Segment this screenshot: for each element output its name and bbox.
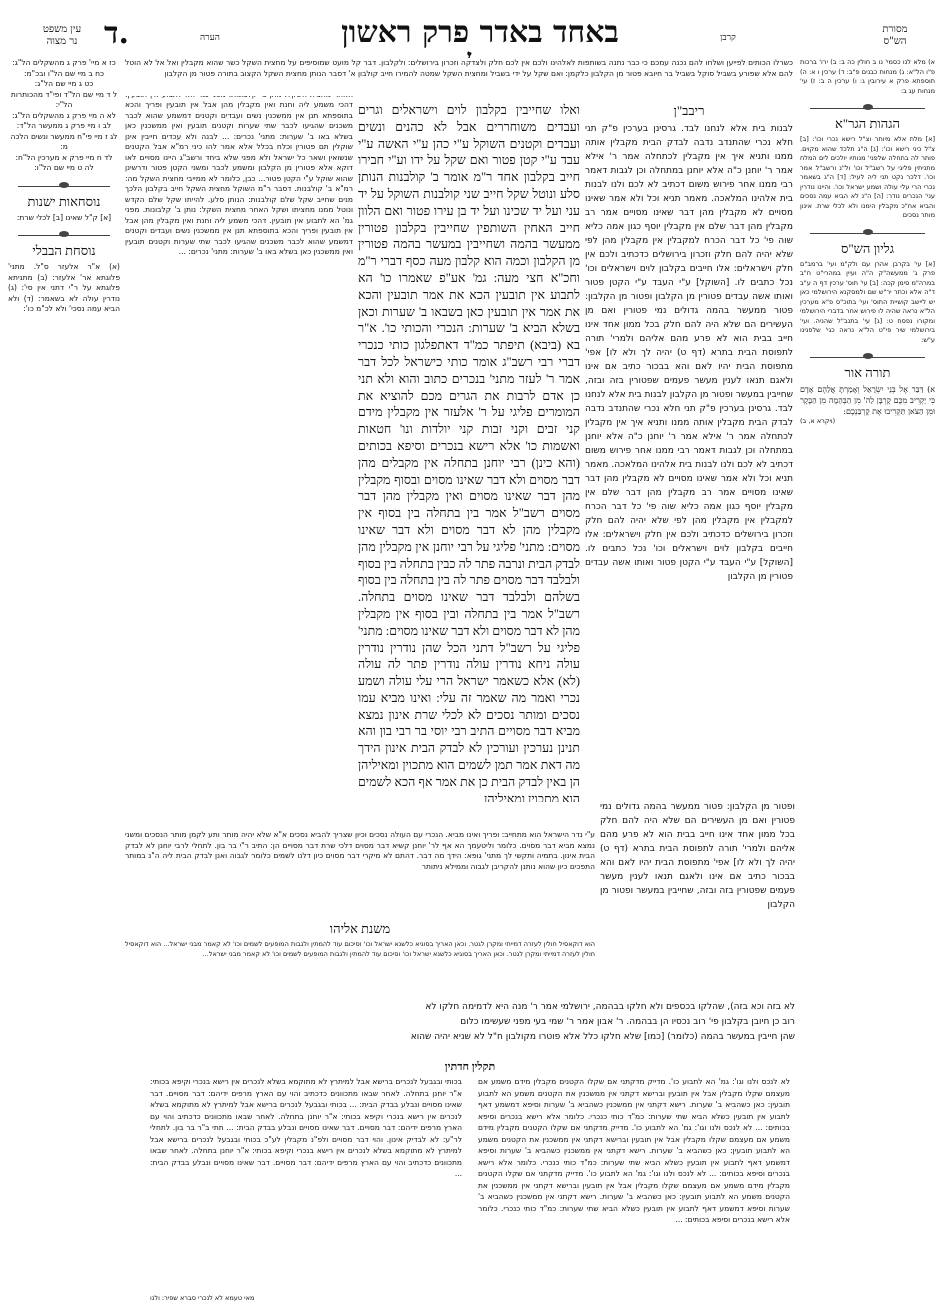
catchword: מאי טעמא לא לנכרי סברא שפיר: ולנו [150, 1294, 254, 1304]
ornament-divider [810, 100, 925, 109]
ein-mishpat-entry: לד ח מיי פרק א מערכין הל"ח: [8, 153, 120, 164]
korban-label: קרבן [720, 32, 736, 43]
nuschaot-title: נוסחאות ישנות [8, 193, 120, 211]
bottom-band: לא בזה וכא בזה), שהלקו בכספים ולא חלקו ב… [125, 1000, 795, 1050]
ornament-divider [810, 349, 925, 358]
ribavan-body-more: לבנות בית אלא לנחנו לבד. גרסינן בערכין פ… [585, 390, 793, 582]
penei-moshe-column-1: כבן, כלומר לא ממייבי מחצית השקל מה: רמ"א… [125, 58, 353, 828]
korban-lower-text: ופטור מן הקלבון: פטור ממעשר בהמה גדולים … [600, 802, 795, 910]
mishnat-eliyahu-title: משנת אליהו [260, 920, 460, 938]
ein-mishpat-column: כז א מיי' פרק ג מהשקלים הל"ג: כח ב מיי ש… [8, 58, 120, 378]
penei-moshe-column-2: ע"י נדר הישראל הוא מתחייב: ופריך ואינו מ… [125, 830, 595, 918]
main-gemara-text: ואלו שחייבין בקלבון לוים וישראלים וגרים … [358, 102, 580, 802]
bottom-line: שהן חייבין במעשר בהמה (כלומר) [כמו] שלא … [125, 1030, 795, 1045]
ein-mishpat-entry: ל ד מיי שם הל"ד ופי"ד מהכותרות הל"י: [8, 90, 120, 111]
korban-haeda-text: כשרלו הכותים לפייען ושלחו להם נכנה עמכם … [125, 58, 793, 78]
ornament-divider [18, 227, 110, 236]
nuschaot-text: [א] ק"ל שאינו [ב] לכלי שרת: [8, 213, 120, 224]
ornament-divider [810, 225, 925, 234]
ein-mishpat-entry: כט ג מיי שם הל"ג: [8, 79, 120, 90]
tikkun-column-right: לא לנכס ולנו וגו': גמ' הא לתבוע כו'. מדי… [478, 1076, 790, 1296]
gemara-body: ואלו שחייבין בקלבון לוים וישראלים וגרים … [358, 103, 580, 802]
torah-or-title: תורה אור [800, 364, 935, 382]
torah-or-text: א) דַּבֵּר אֶל בְּנֵי יִשְׂרָאֵל וְאָמַר… [800, 384, 935, 417]
ein-mishpat-entry: לה ט מיי שם הל"ו: [8, 163, 120, 174]
ribavan-continuation: ופטור מן הקלבון: פטור ממעשר בהמה גדולים … [585, 292, 793, 400]
gra-text: [א] מלת אלא מיותר וצ"ל רישא נכרי וכו': [… [800, 135, 935, 221]
ein-mishpat-entry: לג ז מיי פי"ח ממעשר ונשים הלכה מ: [8, 132, 120, 153]
bottom-line: לא בזה וכא בזה), שהלקו בכספים ולא חלקו ב… [125, 1000, 795, 1015]
ribavan-column: ריבב"ן לבנות בית אלא לנחנו לבד. גרסינן ב… [585, 100, 793, 840]
torah-or-ref: (ויקרא א, ב) [800, 417, 935, 427]
bavli-text: (א) א"ר אלעזר ס"ל. מתני' פלוגתא אר' אלעז… [8, 262, 120, 315]
ein-mishpat-entry: כז א מיי' פרק ג מהשקלים הל"ג: [8, 58, 120, 69]
penei-moshe-text: ע"י נדר הישראל הוא מתחייב: ופריך ואינו מ… [125, 830, 595, 871]
right-margin-column: א) מלא לנו כסמי' נו ב חולין כה ב: ב) ירו… [800, 58, 935, 838]
page-header: עין משפט נר מצוה ד. הערה באחד באדר פרק ר… [0, 14, 941, 54]
bottom-line: רוב כן חיובן בקלבון פי' רוב נכסיו הן בבה… [125, 1015, 795, 1030]
mesoret-entries: א) מלא לנו כסמי' נו ב חולין כה ב: ב) ירו… [800, 58, 935, 96]
ribavan-title: ריבב"ן [585, 102, 793, 120]
ein-mishpat-entry: לב ו מיי פרק ג ממעשר הל"ד: [8, 121, 120, 132]
tikkun-title: תקלין חדתין [400, 1058, 540, 1076]
mesoret-hashas-heading: מסורת הש"ס [860, 24, 930, 48]
gilyon-text: [א] עי' בקרבן אהרן עם ולק"מ ועי' ברמב"ם … [800, 260, 935, 346]
mishnat-eliyahu-text: הוא דוקאסיל חולין לעזרה דמייתי ומקרן לגט… [125, 940, 595, 1000]
mishnat-eliyahu-body: הוא דוקאסיל חולין לעזרה דמייתי ומקרן לגט… [163, 940, 595, 948]
penei-moshe-text: כבן, כלומר לא ממייבי מחצית השקל מה: רמ"א… [125, 174, 353, 257]
ein-mishpat-entry: כח ב מיי שם הל"ו ובכ"מ: [8, 69, 120, 80]
ribavan-body: לבנות בית אלא לנחנו לבד. גרסינן בערכין פ… [585, 124, 793, 302]
korban-lower-column: ופטור מן הקלבון: פטור ממעשר בהמה גדולים … [600, 800, 795, 1000]
korban-haeda-top: כשרלו הכותים לפייען ושלחו להם נכנה עמכם … [125, 58, 793, 96]
ein-mishpat-entry: לא ה מיי פרק ג מהשקלים הל"ג: [8, 111, 120, 122]
gra-title: הגהות הגר"א [800, 115, 935, 133]
bavli-title: נוסחת הבבלי [8, 242, 120, 260]
gilyon-title: גליון הש"ס [800, 240, 935, 258]
tikkun-column-left: בכותי ובגבעל לנכרים ברישא אבל למיתרץ לא … [150, 1076, 462, 1286]
ribavan-text: לבנות בית אלא לנחנו לבד. גרסינן בערכין פ… [585, 122, 793, 584]
talmud-page: עין משפט נר מצוה ד. הערה באחד באדר פרק ר… [0, 0, 941, 1310]
ein-mishpat-heading: עין משפט נר מצוה [22, 24, 102, 48]
hagaha-label: הערה [200, 32, 220, 43]
daf-number: ד. [104, 18, 129, 50]
ornament-divider [18, 178, 110, 187]
